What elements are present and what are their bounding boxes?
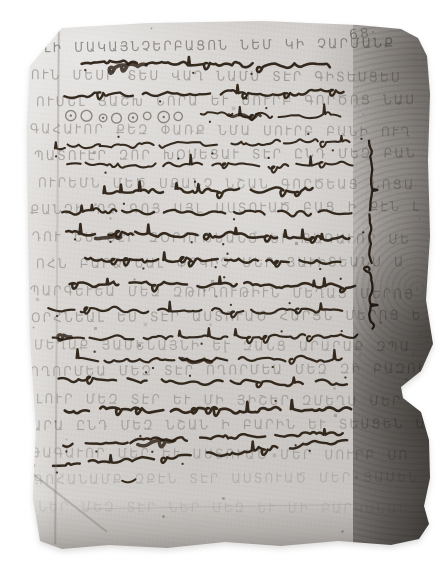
ornament-ring [143, 112, 151, 120]
overtext-line [66, 224, 349, 243]
overtext-line [59, 377, 347, 387]
dirt-specks [0, 0, 1, 1]
overtext-line [64, 85, 343, 99]
ornament-dot [102, 117, 104, 119]
overtext-bold-word [138, 440, 175, 447]
ornament-ring [112, 113, 122, 123]
ornament-ring [174, 112, 182, 120]
ornament-ring-row [66, 110, 183, 123]
overtext-line [62, 205, 351, 217]
diacritic-dots [57, 303, 290, 316]
right-edge-stain [353, 0, 445, 578]
parchment-leaf-wrapper: ԼԻ ՄԱԿԱՅՆՉԵՐԲԱՑՈՆ ՆԵՄ ԿԻ ՉԱՐՄԱՆՔՈՒՆ ՄԵՍՐ… [0, 0, 445, 578]
overtext-line [48, 302, 342, 318]
folio-number: 68· [348, 25, 378, 44]
overtext-line [53, 328, 358, 343]
diacritic-dots [146, 372, 345, 377]
parchment-leaf: ԼԻ ՄԱԿԱՅՆՉԵՐԲԱՑՈՆ ՆԵՄ ԿԻ ՉԱՐՄԱՆՔՈՒՆ ՄԵՍՐ… [0, 0, 445, 578]
overtext-line [67, 155, 352, 173]
overtext-bold-word [96, 236, 121, 238]
overtext-line [55, 136, 350, 149]
overtext-bold-word [109, 64, 146, 73]
ornament-ring [81, 110, 92, 121]
overtext-line [65, 400, 351, 416]
overtext-line [85, 252, 340, 266]
overtext-line [122, 479, 135, 482]
ornament-dot [70, 114, 72, 116]
overtext-line [201, 104, 341, 120]
manuscript-photo: ԼԻ ՄԱԿԱՅՆՉԵՐԲԱՑՈՆ ՆԵՄ ԿԻ ՉԱՐՄԱՆՔՈՒՆ ՄԵՍՐ… [0, 0, 445, 578]
diacritic-dots [160, 99, 246, 102]
overtext-line [70, 277, 355, 292]
ornament-dot [132, 116, 134, 118]
overtext-line [104, 182, 313, 198]
ornament-dot [163, 116, 165, 118]
